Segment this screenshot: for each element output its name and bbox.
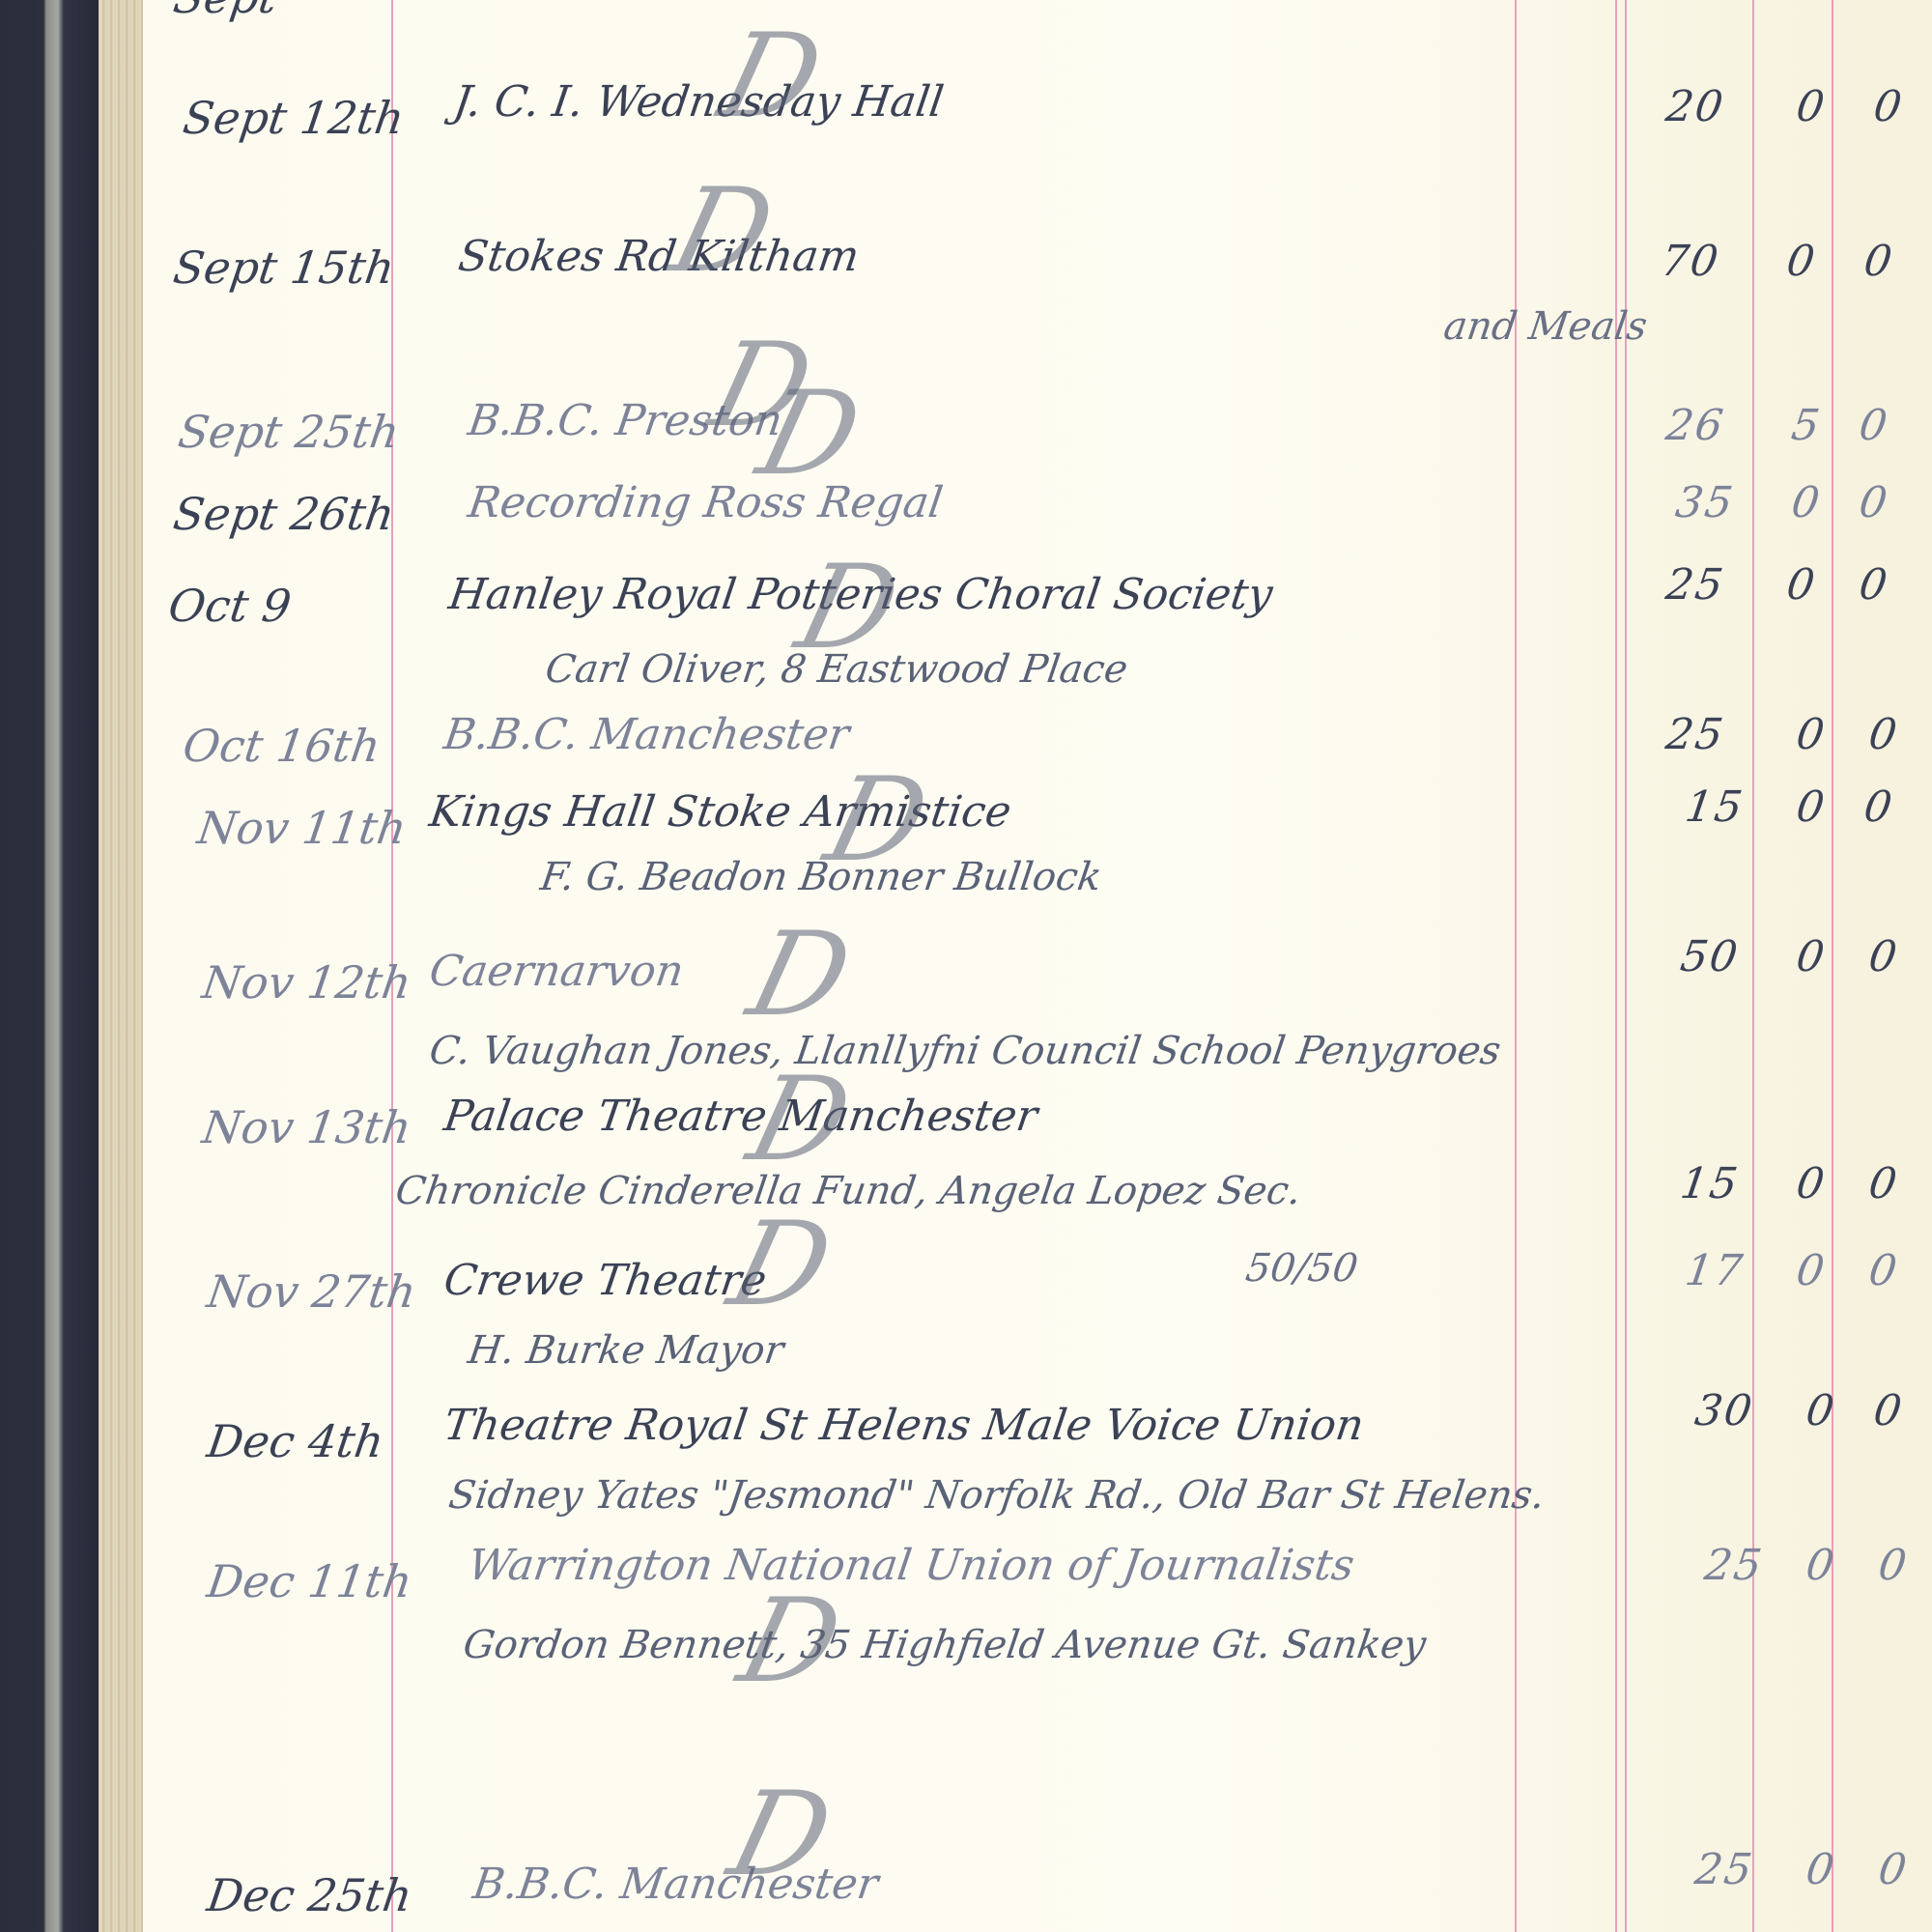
entry-pounds: 15 bbox=[1677, 1159, 1742, 1208]
shillings-rule bbox=[1752, 0, 1754, 1932]
entry-engagement: B.B.C. Manchester bbox=[440, 710, 852, 759]
entry-date: Sept 15th bbox=[170, 241, 398, 294]
entry-note: 50/50 bbox=[1243, 1246, 1361, 1291]
entry-pounds: 26 bbox=[1662, 401, 1727, 450]
entry-engagement: Recording Ross Regal bbox=[465, 478, 946, 527]
entry-pounds: 17 bbox=[1682, 1246, 1747, 1295]
entry-date: Oct 16th bbox=[180, 720, 384, 772]
entry-date: Nov 11th bbox=[194, 802, 410, 854]
pence-rule bbox=[1832, 0, 1833, 1932]
entry-date: Nov 27th bbox=[204, 1265, 419, 1318]
entry-pounds: 25 bbox=[1662, 710, 1727, 759]
entry-date: Sept 26th bbox=[170, 488, 398, 540]
entry-pounds: 25 bbox=[1701, 1541, 1766, 1590]
entry-date: Nov 13th bbox=[199, 1101, 414, 1153]
entry-contact: Chronicle Cinderella Fund, Angela Lopez … bbox=[393, 1169, 1304, 1213]
entry-note: and Meals bbox=[1441, 304, 1650, 349]
entry-engagement: Caernarvon bbox=[426, 947, 686, 996]
entry-engagement: Theatre Royal St Helens Male Voice Union bbox=[440, 1401, 1367, 1450]
entry-pounds: 70 bbox=[1658, 237, 1722, 286]
entry-pounds: 20 bbox=[1662, 82, 1727, 131]
entry-date: Dec 25th bbox=[204, 1869, 415, 1921]
entry-date: Oct 9 bbox=[165, 580, 294, 632]
entry-date: Sept 12th bbox=[180, 92, 408, 144]
entry-date: Dec 4th bbox=[204, 1415, 386, 1467]
page-edges bbox=[99, 0, 143, 1932]
entry-engagement: Stokes Rd Kiltham bbox=[455, 232, 862, 281]
entry-pounds: 50 bbox=[1677, 932, 1742, 981]
entry-pounds: 35 bbox=[1672, 478, 1737, 527]
entry-pounds: 15 bbox=[1682, 782, 1747, 832]
top-fragment-text: Sept bbox=[170, 0, 280, 23]
entry-pounds: 25 bbox=[1662, 560, 1727, 610]
entry-engagement: Crewe Theatre bbox=[440, 1256, 769, 1305]
book-cover-binding bbox=[0, 0, 99, 1932]
entry-contact: Gordon Bennett, 35 Highfield Avenue Gt. … bbox=[461, 1623, 1429, 1667]
entry-date: Nov 12th bbox=[199, 956, 414, 1009]
entry-contact: C. Vaughan Jones, Llanllyfni Council Sch… bbox=[427, 1029, 1504, 1073]
entry-pounds: 30 bbox=[1691, 1386, 1756, 1435]
column-rule bbox=[1515, 0, 1517, 1932]
entry-engagement: J. C. I. Wednesday Hall bbox=[450, 77, 947, 127]
entry-engagement: B.B.C. Manchester bbox=[469, 1860, 881, 1909]
entry-contact: Sidney Yates "Jesmond" Norfolk Rd., Old … bbox=[446, 1473, 1548, 1518]
entry-engagement: Palace Theatre Manchester bbox=[440, 1092, 1040, 1141]
entry-date: Sept 25th bbox=[175, 406, 403, 458]
pounds-rule-a bbox=[1615, 0, 1617, 1932]
entry-date: Dec 11th bbox=[204, 1555, 415, 1607]
entry-contact: H. Burke Mayor bbox=[466, 1328, 786, 1373]
entry-pounds: 25 bbox=[1691, 1845, 1756, 1894]
pounds-rule-b bbox=[1625, 0, 1627, 1932]
entry-engagement: Warrington National Union of Journalists bbox=[465, 1541, 1357, 1590]
